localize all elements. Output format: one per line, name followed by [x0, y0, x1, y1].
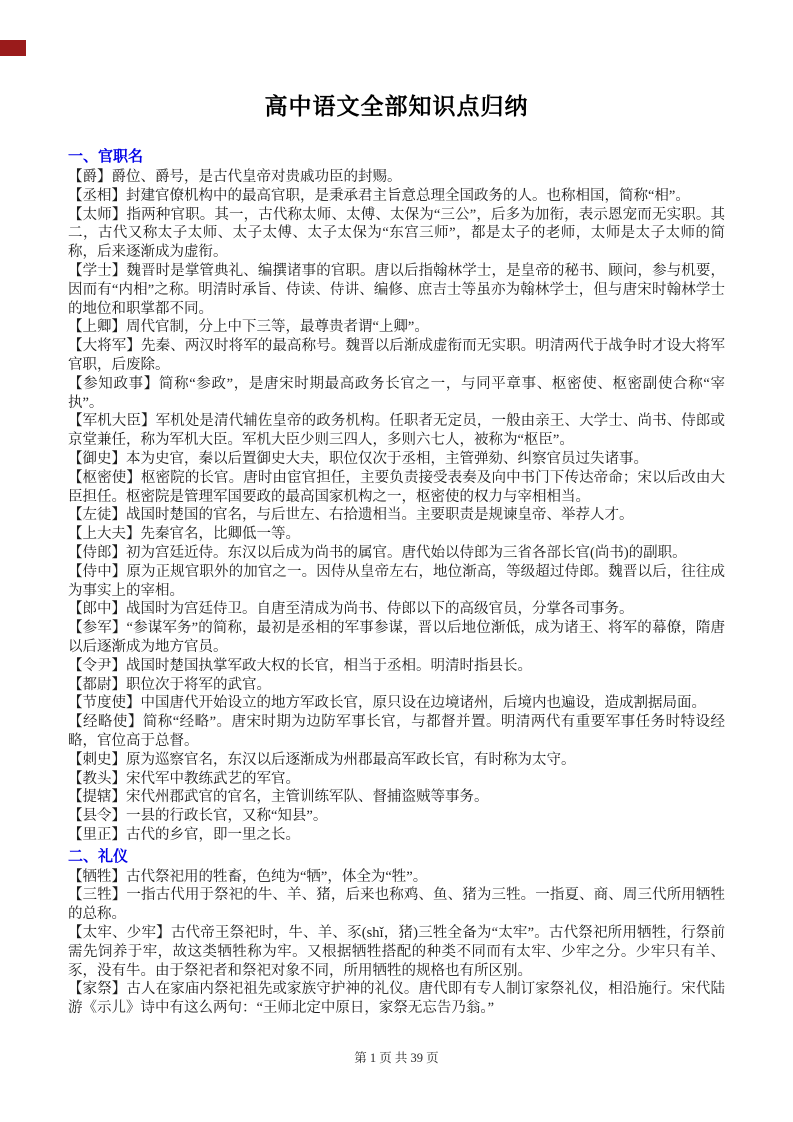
document-body: 一、官职名【爵】爵位、爵号，是古代皇帝对贵戚功臣的封赐。【丞相】封建官僚机构中的… — [68, 148, 725, 1018]
entry-paragraph: 【三牲】一指古代用于祭祀的牛、羊、猪，后来也称鸡、鱼、猪为三牲。一指夏、商、周三… — [68, 886, 725, 924]
entry-paragraph: 【牺牲】古代祭祀用的牲畜，色纯为“牺”，体全为“牲”。 — [68, 868, 725, 887]
entry-paragraph: 【提辖】宋代州郡武官的官名，主管训练军队、督捕盗贼等事务。 — [68, 788, 725, 807]
entry-paragraph: 【郎中】战国时为宫廷侍卫。自唐至清成为尚书、侍郎以下的高级官员，分掌各司事务。 — [68, 600, 725, 619]
entry-paragraph: 【经略使】简称“经略”。唐宋时期为边防军事长官，与都督并置。明清两代有重要军事任… — [68, 713, 725, 751]
entry-paragraph: 【教头】宋代军中教练武艺的军官。 — [68, 770, 725, 789]
entry-paragraph: 【爵】爵位、爵号，是古代皇帝对贵戚功臣的封赐。 — [68, 168, 725, 187]
entry-paragraph: 【侍郎】初为宫廷近侍。东汉以后成为尚书的属官。唐代始以侍郎为三省各部长官(尚书)… — [68, 544, 725, 563]
page-title: 高中语文全部知识点归纳 — [68, 88, 725, 121]
entry-paragraph: 【上大夫】先秦官名，比卿低一等。 — [68, 525, 725, 544]
section-heading-2: 二、礼仪 — [68, 848, 725, 867]
entry-paragraph: 【大将军】先秦、两汉时将军的最高称号。魏晋以后渐成虚衔而无实职。明清两代于战争时… — [68, 337, 725, 375]
page-flag-marker — [0, 40, 26, 56]
page-number-footer: 第 1 页 共 39 页 — [0, 1048, 793, 1066]
entry-paragraph: 【里正】古代的乡官，即一里之长。 — [68, 826, 725, 845]
entry-paragraph: 【侍中】原为正规官职外的加官之一。因侍从皇帝左右，地位渐高，等级超过侍郎。魏晋以… — [68, 563, 725, 601]
entry-paragraph: 【学士】魏晋时是掌管典礼、编撰诸事的官职。唐以后指翰林学士，是皇帝的秘书、顾问，… — [68, 262, 725, 318]
entry-paragraph: 【令尹】战国时楚国执掌军政大权的长官，相当于丞相。明清时指县长。 — [68, 657, 725, 676]
document-page: 高中语文全部知识点归纳 一、官职名【爵】爵位、爵号，是古代皇帝对贵戚功臣的封赐。… — [0, 0, 793, 1018]
entry-paragraph: 【左徒】战国时楚国的官名，与后世左、右拾遗相当。主要职责是规谏皇帝、举荐人才。 — [68, 506, 725, 525]
entry-paragraph: 【丞相】封建官僚机构中的最高官职，是秉承君主旨意总理全国政务的人。也称相国，简称… — [68, 187, 725, 206]
section-heading-1: 一、官职名 — [68, 148, 725, 167]
entry-paragraph: 【参军】“参谋军务”的简称，最初是丞相的军事参谋，晋以后地位渐低，成为诸王、将军… — [68, 619, 725, 657]
entry-paragraph: 【县令】一县的行政长官，又称“知县”。 — [68, 807, 725, 826]
entry-paragraph: 【太师】指两种官职。其一，古代称太师、太傅、太保为“三公”，后多为加衔，表示恩宠… — [68, 206, 725, 262]
entry-paragraph: 【上卿】周代官制，分上中下三等，最尊贵者谓“上卿”。 — [68, 318, 725, 337]
entry-paragraph: 【参知政事】简称“参政”，是唐宋时期最高政务长官之一，与同平章事、枢密使、枢密副… — [68, 375, 725, 413]
entry-paragraph: 【刺史】原为巡察官名，东汉以后逐渐成为州郡最高军政长官，有时称为太守。 — [68, 751, 725, 770]
entry-paragraph: 【军机大臣】军机处是清代辅佐皇帝的政务机构。任职者无定员，一般由亲王、大学士、尚… — [68, 412, 725, 450]
entry-paragraph: 【都尉】职位次于将军的武官。 — [68, 676, 725, 695]
entry-paragraph: 【御史】本为史官，秦以后置御史大夫，职位仅次于丞相，主管弹劾、纠察官员过失诸事。 — [68, 450, 725, 469]
entry-paragraph: 【节度使】中国唐代开始设立的地方军政长官，原只设在边境诸州，后境内也遍设，造成割… — [68, 694, 725, 713]
entry-paragraph: 【枢密使】枢密院的长官。唐时由宦官担任，主要负责接受表奏及向中书门下传达帝命；宋… — [68, 469, 725, 507]
entry-paragraph: 【家祭】古人在家庙内祭祀祖先或家族守护神的礼仪。唐代即有专人制订家祭礼仪，相沿施… — [68, 980, 725, 1018]
entry-paragraph: 【太牢、少牢】古代帝王祭祀时，牛、羊、豕(shǐ，猪)三牲全备为“太牢”。古代祭… — [68, 924, 725, 980]
